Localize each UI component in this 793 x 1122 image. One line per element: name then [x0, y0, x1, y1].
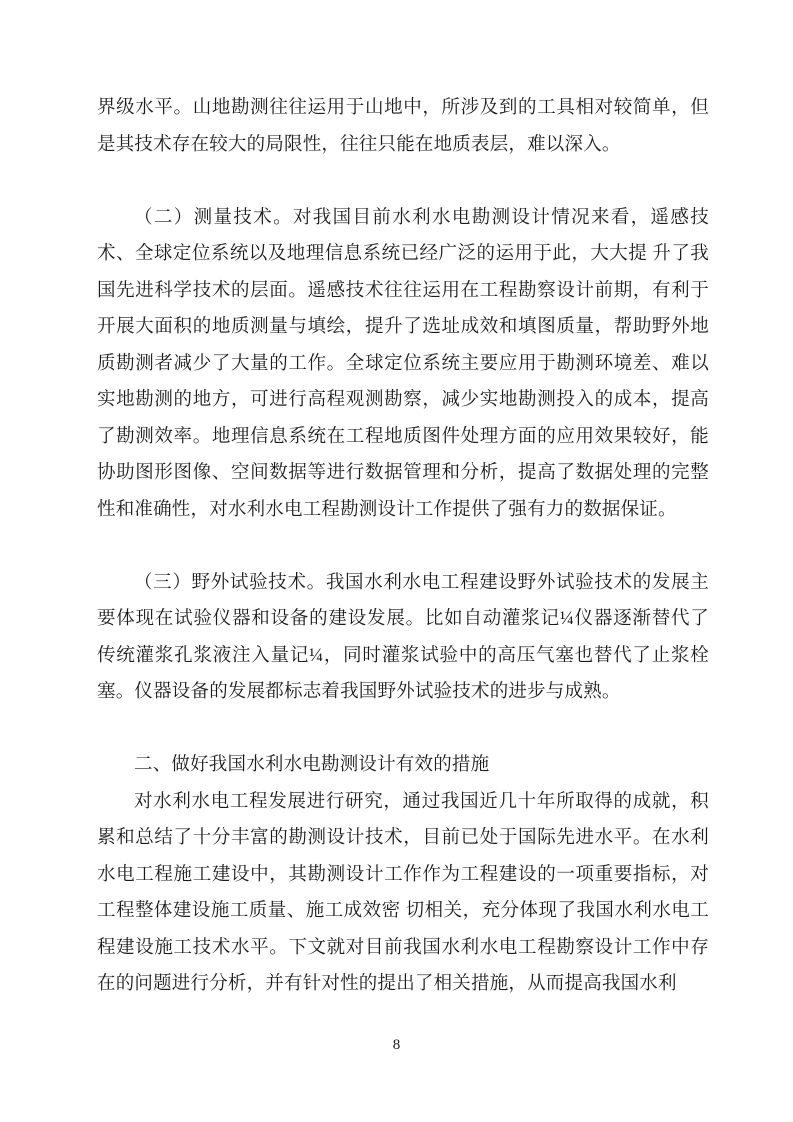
paragraph-section-2-measurement-technology: （二）测量技术。对我国目前水利水电勘测设计情况来看，遥感技术、全球定位系统以及地…	[97, 200, 709, 529]
paragraph-measures-intro: 对水利水电工程发展进行研究，通过我国近几十年所取得的成就，积累和总结了十分丰富的…	[97, 784, 709, 1003]
section-heading-measures: 二、做好我国水利水电勘测设计有效的措施	[97, 747, 709, 784]
paragraph-continuation: 界级水平。山地勘测往往运用于山地中，所涉及到的工具相对较简单，但是其技术存在较大…	[97, 90, 709, 163]
document-page: 界级水平。山地勘测往往运用于山地中，所涉及到的工具相对较简单，但是其技术存在较大…	[0, 0, 793, 1122]
page-number: 8	[393, 1037, 401, 1053]
paragraph-section-3-field-test-technology: （三）野外试验技术。我国水利水电工程建设野外试验技术的发展主要体现在试验仪器和设…	[97, 565, 709, 711]
page-body: 界级水平。山地勘测往往运用于山地中，所涉及到的工具相对较简单，但是其技术存在较大…	[97, 90, 709, 1003]
page-footer: 8	[0, 1036, 793, 1054]
